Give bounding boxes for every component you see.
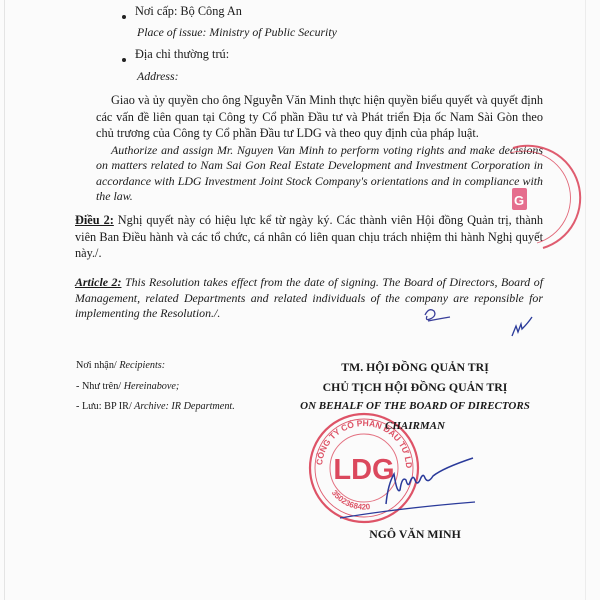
document-page: Nơi cấp: Bộ Công An Place of issue: Mini… (0, 0, 600, 600)
svg-text:G: G (514, 193, 524, 208)
stamp-fragment: G (0, 0, 600, 600)
